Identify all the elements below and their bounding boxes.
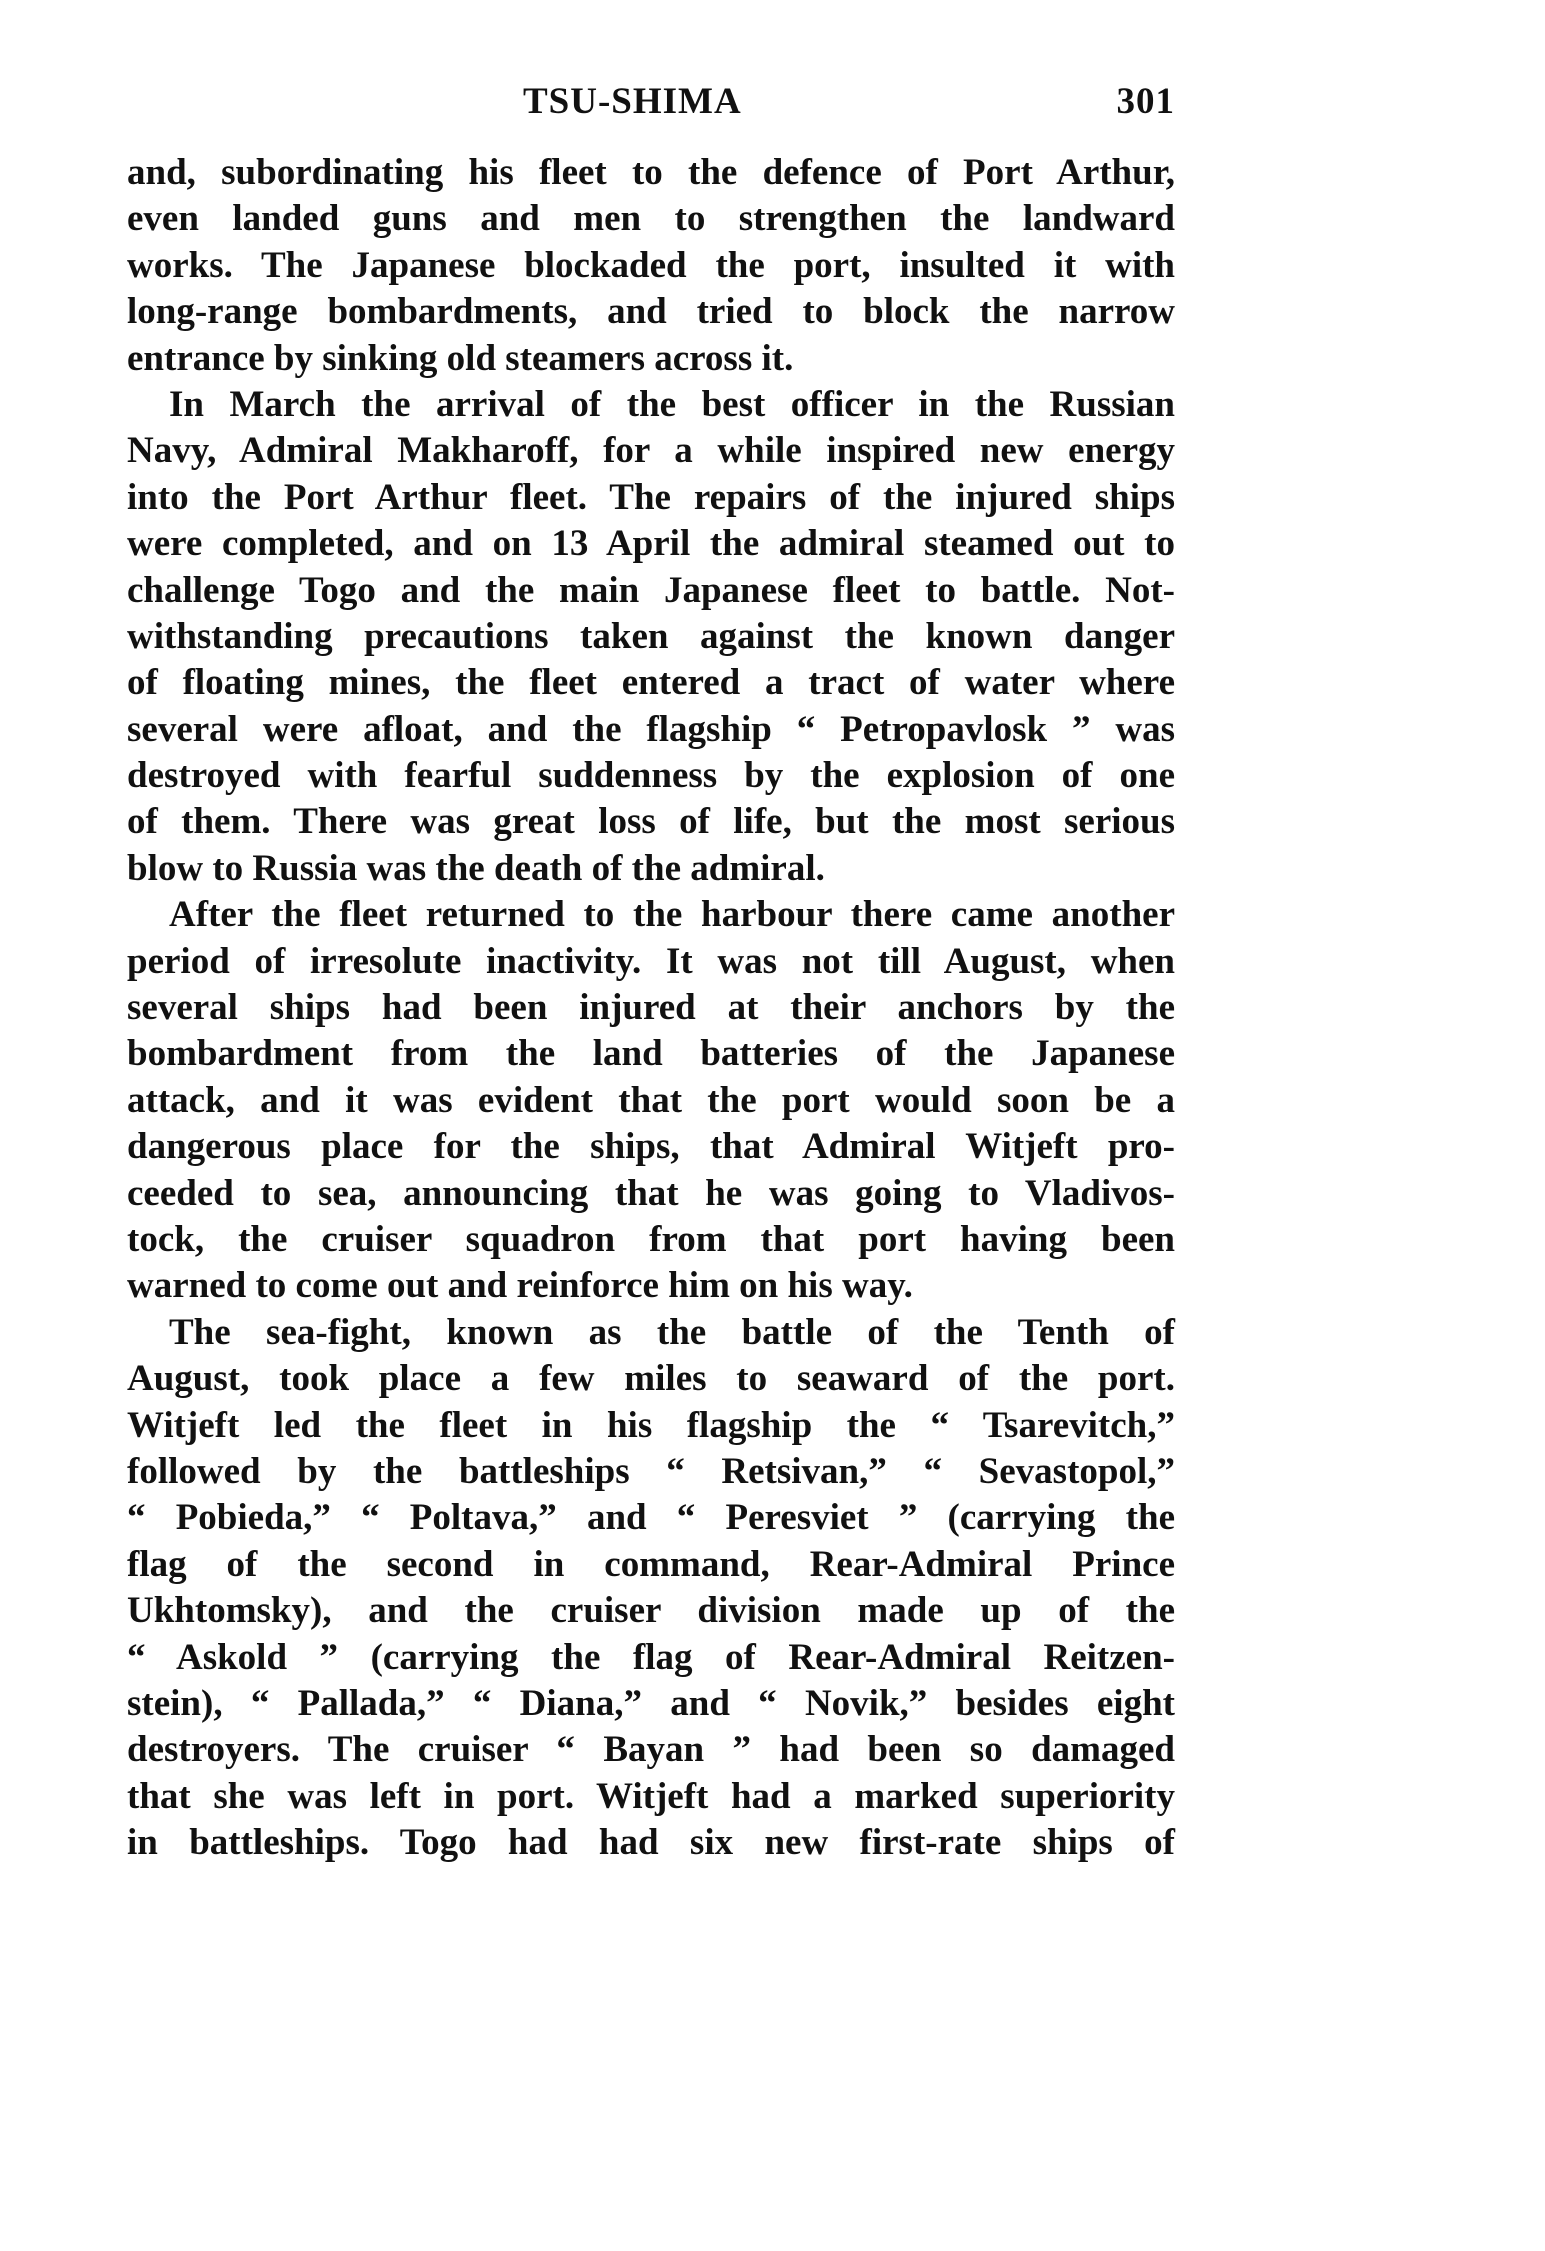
paragraph: and, subordinating his fleet to the defe… <box>127 150 1175 382</box>
text-line: several were afloat, and the flagship “ … <box>127 707 1175 753</box>
text-line: warned to come out and reinforce him on … <box>127 1263 1175 1309</box>
text-line: that she was left in port. Witjeft had a… <box>127 1774 1175 1820</box>
body-text: and, subordinating his fleet to the defe… <box>127 150 1175 1866</box>
text-line: blow to Russia was the death of the admi… <box>127 846 1175 892</box>
text-line: Navy, Admiral Makharoff, for a while ins… <box>127 428 1175 474</box>
text-line: tock, the cruiser squadron from that por… <box>127 1217 1175 1263</box>
text-line: destroyers. The cruiser “ Bayan ” had be… <box>127 1727 1175 1773</box>
text-line: challenge Togo and the main Japanese fle… <box>127 568 1175 614</box>
text-line: into the Port Arthur fleet. The repairs … <box>127 475 1175 521</box>
paragraph: In March the arrival of the best officer… <box>127 382 1175 892</box>
text-line: stein), “ Pallada,” “ Diana,” and “ Novi… <box>127 1681 1175 1727</box>
text-line: period of irresolute inactivity. It was … <box>127 939 1175 985</box>
text-line: In March the arrival of the best officer… <box>127 382 1175 428</box>
running-head: TSU-SHIMA 301 <box>127 78 1175 126</box>
text-line: The sea-fight, known as the battle of th… <box>127 1310 1175 1356</box>
text-line: in battleships. Togo had had six new fir… <box>127 1820 1175 1866</box>
running-title: TSU-SHIMA <box>523 78 742 126</box>
text-line: ceeded to sea, announcing that he was go… <box>127 1171 1175 1217</box>
paragraph: After the fleet returned to the harbour … <box>127 892 1175 1310</box>
text-line: even landed guns and men to strengthen t… <box>127 196 1175 242</box>
text-line: dangerous place for the ships, that Admi… <box>127 1124 1175 1170</box>
text-line: bombardment from the land batteries of t… <box>127 1031 1175 1077</box>
text-line: several ships had been injured at their … <box>127 985 1175 1031</box>
text-line: entrance by sinking old steamers across … <box>127 336 1175 382</box>
text-line: destroyed with fearful suddenness by the… <box>127 753 1175 799</box>
text-line: “ Askold ” (carrying the flag of Rear-Ad… <box>127 1635 1175 1681</box>
book-page: TSU-SHIMA 301 and, subordinating his fle… <box>0 0 1545 2251</box>
text-line: After the fleet returned to the harbour … <box>127 892 1175 938</box>
page-number: 301 <box>1117 78 1176 126</box>
text-line: flag of the second in command, Rear-Admi… <box>127 1542 1175 1588</box>
text-line: of them. There was great loss of life, b… <box>127 799 1175 845</box>
text-line: “ Pobieda,” “ Poltava,” and “ Peresviet … <box>127 1495 1175 1541</box>
text-line: Ukhtomsky), and the cruiser division mad… <box>127 1588 1175 1634</box>
text-line: August, took place a few miles to seawar… <box>127 1356 1175 1402</box>
text-line: withstanding precautions taken against t… <box>127 614 1175 660</box>
text-line: were completed, and on 13 April the admi… <box>127 521 1175 567</box>
text-line: and, subordinating his fleet to the defe… <box>127 150 1175 196</box>
text-line: works. The Japanese blockaded the port, … <box>127 243 1175 289</box>
text-line: followed by the battleships “ Retsivan,”… <box>127 1449 1175 1495</box>
text-line: of floating mines, the fleet entered a t… <box>127 660 1175 706</box>
paragraph: The sea-fight, known as the battle of th… <box>127 1310 1175 1867</box>
text-line: attack, and it was evident that the port… <box>127 1078 1175 1124</box>
text-line: Witjeft led the fleet in his flagship th… <box>127 1403 1175 1449</box>
text-line: long-range bombardments, and tried to bl… <box>127 289 1175 335</box>
